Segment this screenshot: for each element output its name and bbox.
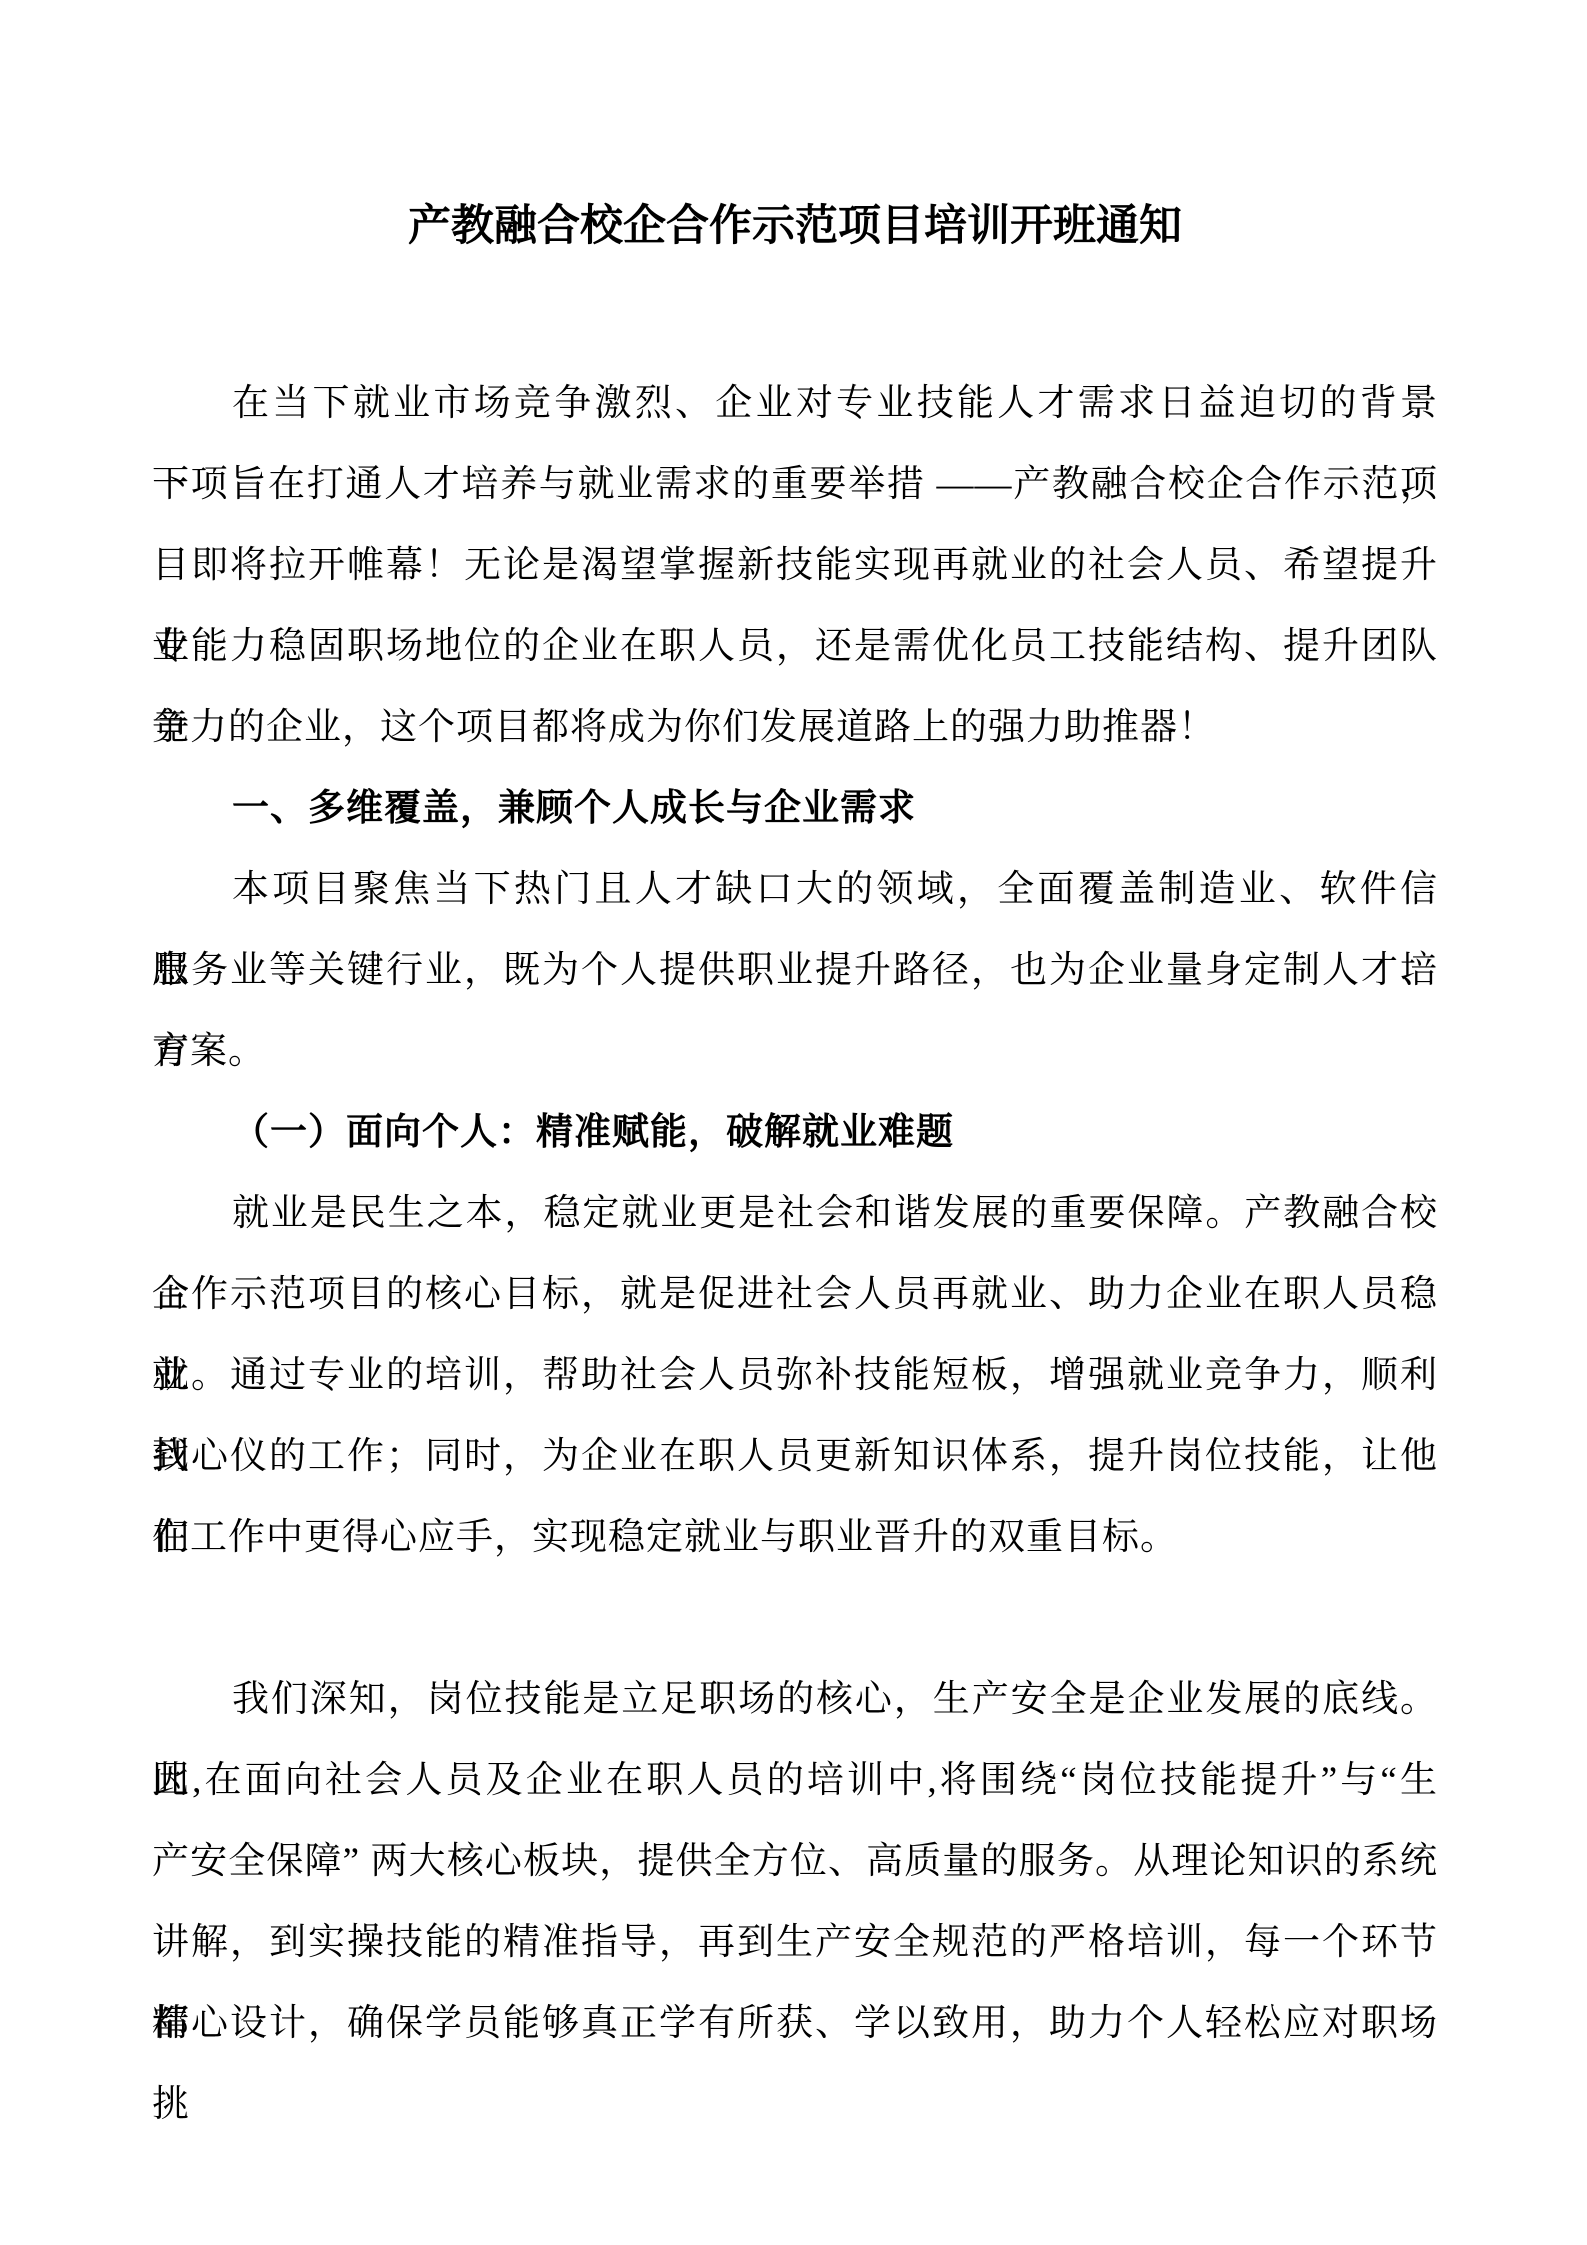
document-page: 产教融合校企合作示范项目培训开班通知 在当下就业市场竞争激烈、企业对专业技能人才… [0, 0, 1587, 2245]
paragraph-1-line-4: 业能力稳固职场地位的企业在职人员，还是需优化员工技能结构、提升团队竞 [152, 606, 1438, 687]
paragraph-1-line-1: 在当下就业市场竞争激烈、企业对专业技能人才需求日益迫切的背景下， [152, 363, 1438, 444]
paragraph-1-line-5: 争力的企业，这个项目都将成为你们发展道路上的强力助推器！ [152, 687, 1438, 768]
paragraph-4-line-4: 讲解，到实操技能的精准指导，再到生产安全规范的严格培训，每一个环节都 [152, 1902, 1438, 1983]
blank-line [152, 1578, 1438, 1659]
document-body: 在当下就业市场竞争激烈、企业对专业技能人才需求日益迫切的背景下， 一项旨在打通人… [152, 363, 1438, 2064]
section-heading-1: 一、多维覆盖，兼顾个人成长与企业需求 [152, 768, 1438, 849]
paragraph-4-line-1: 我们深知，岗位技能是立足职场的核心，生产安全是企业发展的底线。因 [152, 1659, 1438, 1740]
paragraph-2-line-1: 本项目聚焦当下热门且人才缺口大的领域，全面覆盖制造业、软件信息、 [152, 849, 1438, 930]
paragraph-3-line-1: 就业是民生之本，稳定就业更是社会和谐发展的重要保障。产教融合校企 [152, 1173, 1438, 1254]
document-title: 产教融合校企合作示范项目培训开班通知 [152, 196, 1438, 256]
paragraph-3-line-4: 到心仪的工作；同时，为企业在职人员更新知识体系，提升岗位技能，让他们 [152, 1416, 1438, 1497]
paragraph-1-line-3: 目即将拉开帷幕！无论是渴望掌握新技能实现再就业的社会人员、希望提升专 [152, 525, 1438, 606]
paragraph-4-line-5: 精心设计，确保学员能够真正学有所获、学以致用，助力个人轻松应对职场挑 [152, 1983, 1438, 2064]
paragraph-1-line-2: 一项旨在打通人才培养与就业需求的重要举措 ——产教融合校企合作示范项 [152, 444, 1438, 525]
paragraph-4-line-3: 产安全保障” 两大核心板块，提供全方位、高质量的服务。从理论知识的系统 [152, 1821, 1438, 1902]
paragraph-2-line-3: 方案。 [152, 1011, 1438, 1092]
section-heading-1-1: （一）面向个人：精准赋能，破解就业难题 [152, 1092, 1438, 1173]
paragraph-3-line-5: 在工作中更得心应手，实现稳定就业与职业晋升的双重目标。 [152, 1497, 1438, 1578]
paragraph-2-line-2: 服务业等关键行业，既为个人提供职业提升路径，也为企业量身定制人才培育 [152, 930, 1438, 1011]
paragraph-3-line-3: 业。通过专业的培训，帮助社会人员弥补技能短板，增强就业竞争力，顺利找 [152, 1335, 1438, 1416]
paragraph-3-line-2: 合作示范项目的核心目标，就是促进社会人员再就业、助力企业在职人员稳就 [152, 1254, 1438, 1335]
paragraph-4-line-2: 此,在面向社会人员及企业在职人员的培训中,将围绕“岗位技能提升”与“生 [152, 1740, 1438, 1821]
